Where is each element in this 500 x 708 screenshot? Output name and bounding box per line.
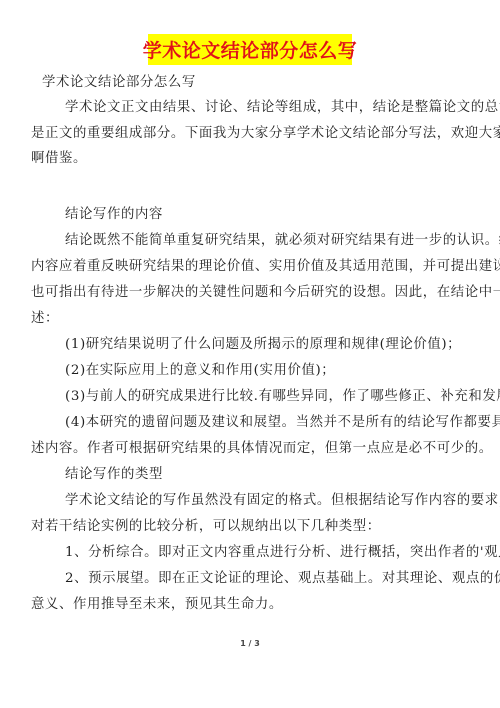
list-item: (1)研究结果说明了什么问题及所揭示的原理和规律(理论价值)； — [65, 336, 461, 354]
paragraph-line: 内容应着重反映研究结果的理论价值、实用价值及其适用范围，并可提出建议或展望。 — [31, 258, 500, 276]
page-number: 1 / 3 — [0, 639, 500, 648]
list-item-continuation: 述内容。作者可根据研究结果的具体情况而定，但第一点应是必不可少的。 — [31, 440, 493, 458]
section-heading-types: 结论写作的类型 — [65, 466, 163, 484]
type-item: 2、预示展望。即在正文论证的理论、观点基础上。对其理论、观点的价值、 — [65, 570, 500, 588]
document-title: 学术论文结论部分怎么写 — [143, 36, 358, 63]
intro-line: 啊借鉴。 — [31, 150, 87, 168]
document-page: 学术论文结论部分怎么写 学术论文结论部分怎么写 学术论文正文由结果、讨论、结论等… — [0, 0, 500, 708]
paragraph-line: 对若干结论实例的比较分析，可以规纳出以下几种类型： — [31, 518, 381, 536]
list-item: (2)在实际应用上的意义和作用(实用价值)； — [65, 362, 335, 380]
paragraph-line: 也可指出有待进一步解决的关键性问题和今后研究的设想。因此，在结论中一般应阐 — [31, 284, 500, 302]
subtitle: 学术论文结论部分怎么写 — [42, 74, 196, 92]
section-heading-content: 结论写作的内容 — [65, 206, 163, 224]
title-highlight: 学术论文结论部分怎么写 — [148, 34, 352, 65]
paragraph-line: 学术论文结论的写作虽然没有固定的格式。但根据结论写作内容的要求，以及 — [65, 492, 500, 510]
paragraph-line: 结论既然不能简单重复研究结果，就必须对研究结果有进一步的认识。结论的 — [65, 232, 500, 250]
intro-line: 学术论文正文由结果、讨论、结论等组成，其中，结论是整篇论文的总论点， — [65, 99, 500, 117]
intro-line: 是正文的重要组成部分。下面我为大家分享学术论文结论部分写法，欢迎大家斩愧哦 — [31, 125, 500, 143]
list-item: (4)本研究的遗留问题及建议和展望。当然并不是所有的结论写作都要具备上 — [65, 414, 500, 432]
type-item: 1、分析综合。即对正文内容重点进行分析、进行概括，突出作者的'观点。 — [65, 544, 500, 562]
paragraph-line: 述： — [31, 310, 59, 328]
list-item: (3)与前人的研究成果进行比较.有哪些异同，作了哪些修正、补充和发展； — [65, 388, 500, 406]
type-item-continuation: 意义、作用推导至未来，预见其生命力。 — [31, 596, 283, 614]
